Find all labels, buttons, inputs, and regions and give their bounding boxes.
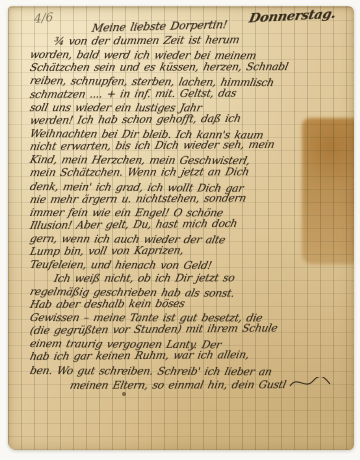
letter-line: Lump bin, voll von Kaprizen,: [30, 243, 348, 259]
letter-line: mein Schätzchen. Wenn ich jetzt an Dich: [30, 166, 348, 180]
letter-line: hab ich gar keinen Ruhm, war ich allein,: [30, 349, 348, 365]
letter-line: Schätzchen sein und es küssen, herzen, S…: [30, 61, 348, 75]
letter-line: nie mehr ärgern u. nichtstehen, sondern: [30, 191, 348, 206]
letter-line: (die gegrüßten vor Stunden) mit ihrem Sc…: [30, 322, 348, 338]
letter-line: Ich weiß nicht, ob ich Dir jetzt so: [30, 271, 348, 285]
manuscript-photo: 4/6 Donnerstag. Meine liebste Dorpertin!…: [0, 0, 360, 460]
letter-line: ¾ von der dummen Zeit ist herum: [30, 33, 348, 49]
signature-flourish: [289, 377, 331, 389]
letter-line: meinen Eltern, so einmal hin, dein Gustl: [30, 377, 348, 391]
letter-line: nicht erwarten, bis ich Dich wieder seh,…: [30, 138, 348, 154]
letter-body: ¾ von der dummen Zeit ist herumworden, b…: [30, 36, 348, 391]
letter-line: Illusion! Aber gelt, Du, hast mich doch: [30, 217, 348, 233]
ink-speck: [122, 392, 126, 396]
manuscript-paper: 4/6 Donnerstag. Meine liebste Dorpertin!…: [8, 6, 354, 450]
letter-line: werden! Ich hab schon gehofft, daß ich: [30, 112, 348, 128]
pencil-folio-number: 4/6: [34, 10, 53, 26]
letter-line: schmatzen .... + in inf. mit. Geltst, da…: [30, 86, 348, 101]
letter-line: Hab aber deshalb kein böses: [30, 297, 348, 312]
